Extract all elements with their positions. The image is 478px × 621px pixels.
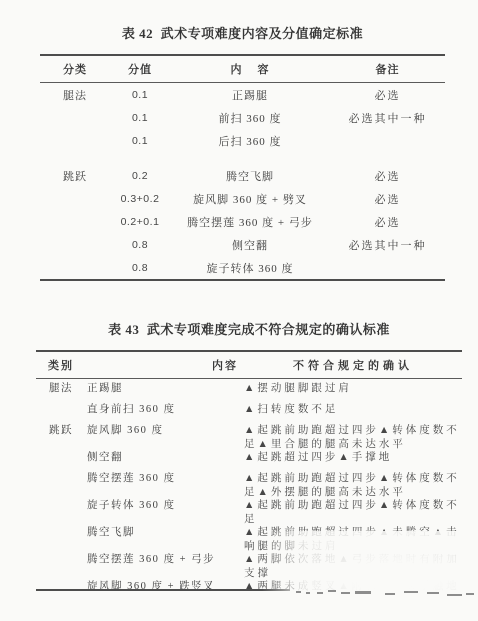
cell-score: 0.2+0.1 — [110, 216, 170, 228]
table42-title: 表 42 武术专项难度内容及分值确定标准 — [40, 26, 445, 42]
table-row: 跳跃 旋风脚 360 度 ▲起跳前助跑超过四步▲转体度数不足▲里合腿的腿高未达水… — [36, 421, 462, 448]
table-row: 侧空翻 ▲起跳超过四步▲手撑地 — [36, 448, 462, 469]
table-row: 0.1 前扫 360 度 必选其中一种 — [40, 106, 445, 129]
cell-content: 侧空翻 — [86, 448, 244, 465]
table-row: 0.8 侧空翻 必选其中一种 — [40, 233, 445, 256]
cell-category — [36, 469, 86, 472]
t43-header-content: 内容 — [86, 357, 244, 373]
table-row: 腿法 正踢腿 ▲摆动腿脚跟过肩 — [36, 379, 462, 400]
table-row: 腿法 0.1 正踢腿 必选 — [40, 83, 445, 106]
cell-content: 前扫 360 度 — [170, 110, 330, 126]
cell-content: 正踢腿 — [170, 87, 330, 103]
rule-dash — [466, 593, 474, 595]
section-gap — [40, 152, 445, 164]
cell-content: 旋子转体 360 度 — [170, 260, 330, 276]
cell-content: 直身前扫 360 度 — [86, 400, 244, 417]
cell-confirm: ▲摆动腿脚跟过肩 — [244, 379, 462, 396]
cell-category: 跳跃 — [36, 421, 86, 438]
cell-category — [36, 550, 86, 553]
cell-note: 必选 — [330, 168, 445, 184]
cell-content: 旋风脚 360 度 + 跌竖叉 — [86, 577, 244, 594]
cell-confirm: ▲起跳前助跑超过四步▲转体度数不足 — [244, 496, 462, 526]
table-row: 0.3+0.2 旋风脚 360 度 + 劈叉 必选 — [40, 187, 445, 210]
cell-score: 0.3+0.2 — [110, 193, 170, 205]
cell-note: 必选其中一种 — [330, 237, 445, 253]
cell-content: 腾空摆莲 360 度 — [86, 469, 244, 486]
table-rule — [36, 589, 290, 591]
cell-confirm: ▲起跳前助跑超过四步▲转体度数不足▲外摆腿的腿高未达水平 — [244, 469, 462, 499]
cell-category — [36, 448, 86, 451]
cell-note: 必选其中一种 — [330, 110, 445, 126]
cell-content: 侧空翻 — [170, 237, 330, 253]
cell-content: 旋风脚 360 度 + 劈叉 — [170, 191, 330, 207]
cell-category: 腿法 — [36, 379, 86, 396]
table42-header-row: 分类 分值 内 容 备注 — [40, 56, 445, 82]
cell-category — [36, 523, 86, 526]
rule-dash — [341, 592, 350, 594]
rule-dash — [317, 592, 323, 594]
rule-dash — [404, 591, 418, 593]
cell-content: 后扫 360 度 — [170, 133, 330, 149]
table-rule — [40, 279, 445, 281]
t43-header-category: 类别 — [36, 357, 86, 373]
cell-score: 0.1 — [110, 112, 170, 124]
t42-header-note: 备注 — [330, 61, 445, 77]
t42-header-category: 分类 — [40, 61, 110, 77]
table-row: 0.1 后扫 360 度 — [40, 129, 445, 152]
cell-content: 腾空飞脚 — [170, 168, 330, 184]
rule-dash — [328, 590, 336, 592]
table-row: 跳跃 0.2 腾空飞脚 必选 — [40, 164, 445, 187]
cell-content: 腾空摆莲 360 度 + 弓步 — [86, 550, 244, 567]
document-page: 表 42 武术专项难度内容及分值确定标准 分类 分值 内 容 备注 腿法 0.1… — [0, 0, 478, 621]
cell-score: 0.8 — [110, 262, 170, 274]
table-row: 0.2+0.1 腾空摆莲 360 度 + 弓步 必选 — [40, 210, 445, 233]
cell-confirm: ▲扫转度数不足 — [244, 400, 462, 417]
rule-dash — [355, 591, 371, 594]
rule-dash — [306, 592, 310, 594]
cell-note: 必选 — [330, 191, 445, 207]
cell-category: 跳跃 — [40, 168, 110, 184]
cell-category — [36, 496, 86, 499]
cell-note: 必选 — [330, 214, 445, 230]
t43-header-confirm: 不符合规定的确认 — [244, 357, 462, 373]
cell-score: 0.1 — [110, 135, 170, 147]
cell-content: 正踢腿 — [86, 379, 244, 396]
cell-confirm: ▲起跳超过四步▲手撑地 — [244, 448, 462, 465]
table43-header-row: 类别 内容 不符合规定的确认 — [36, 352, 462, 378]
table-row: 直身前扫 360 度 ▲扫转度数不足 — [36, 400, 462, 421]
table-42: 表 42 武术专项难度内容及分值确定标准 分类 分值 内 容 备注 腿法 0.1… — [40, 26, 445, 281]
cell-score: 0.2 — [110, 170, 170, 182]
cell-content: 旋风脚 360 度 — [86, 421, 244, 438]
rule-dash — [447, 594, 462, 596]
rule-dash — [385, 593, 395, 595]
cell-content: 腾空摆莲 360 度 + 弓步 — [170, 214, 330, 230]
cell-category — [36, 400, 86, 403]
cell-score: 0.8 — [110, 239, 170, 251]
rule-dash — [427, 592, 439, 594]
table-row: 旋子转体 360 度 ▲起跳前助跑超过四步▲转体度数不足 — [36, 496, 462, 523]
cell-content: 旋子转体 360 度 — [86, 496, 244, 513]
cell-category — [36, 577, 86, 580]
t42-header-score: 分值 — [110, 61, 170, 77]
table43-title: 表 43 武术专项难度完成不符合规定的确认标准 — [36, 322, 462, 338]
print-fade-artifact — [300, 540, 478, 554]
t42-header-content: 内 容 — [170, 61, 330, 77]
cell-category: 腿法 — [40, 87, 110, 103]
table-row: 0.8 旋子转体 360 度 — [40, 256, 445, 279]
table-row: 腾空摆莲 360 度 ▲起跳前助跑超过四步▲转体度数不足▲外摆腿的腿高未达水平 — [36, 469, 462, 496]
rule-dash — [296, 591, 301, 593]
cell-content: 腾空飞脚 — [86, 523, 244, 540]
cell-score: 0.1 — [110, 89, 170, 101]
cell-confirm: ▲起跳前助跑超过四步▲转体度数不足▲里合腿的腿高未达水平 — [244, 421, 462, 451]
cell-note: 必选 — [330, 87, 445, 103]
